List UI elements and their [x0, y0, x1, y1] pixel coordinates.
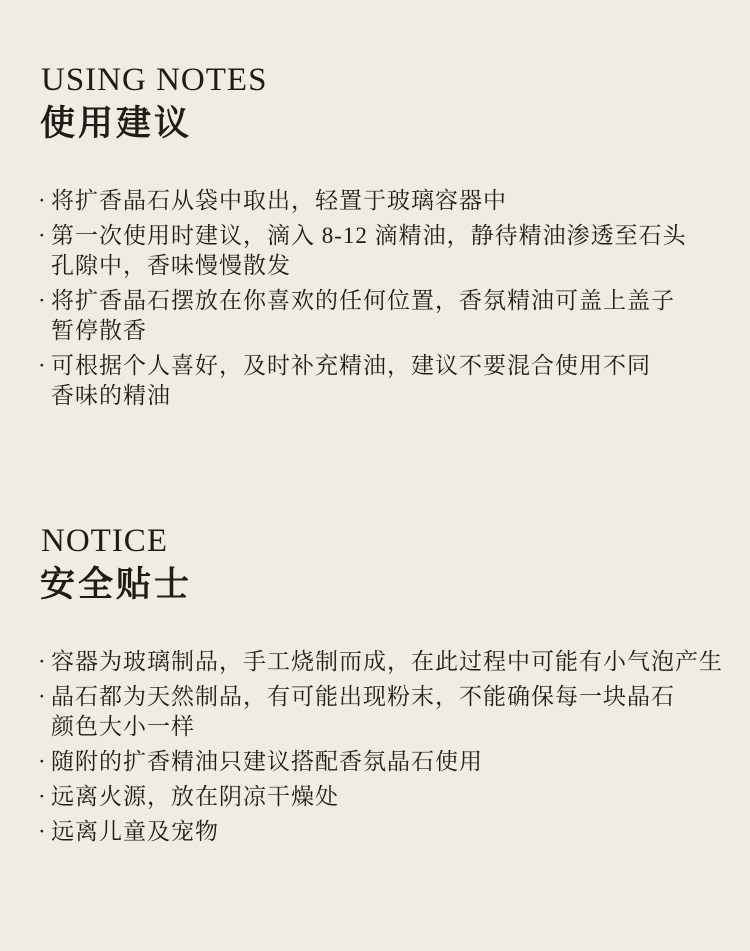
item-line: 容器为玻璃制品，手工烧制而成，在此过程中可能有小气泡产生	[51, 647, 732, 677]
list-item: · 将扩香晶石摆放在你喜欢的任何位置，香氛精油可盖上盖子 暂停散香	[38, 286, 732, 346]
list-item: · 远离儿童及宠物	[38, 817, 732, 847]
item-line: 可根据个人喜好，及时补充精油，建议不要混合使用不同	[51, 351, 732, 381]
item-line: 远离火源，放在阴凉干燥处	[51, 782, 732, 812]
bullet-dot: ·	[38, 782, 51, 812]
bullet-dot: ·	[38, 647, 51, 677]
using-notes-title-en: USING NOTES	[38, 62, 732, 98]
list-item: · 容器为玻璃制品，手工烧制而成，在此过程中可能有小气泡产生	[38, 647, 732, 677]
list-item: · 第一次使用时建议，滴入 8-12 滴精油，静待精油渗透至石头 孔隙中，香味慢…	[38, 221, 732, 281]
bullet-dot: ·	[38, 186, 51, 216]
bullet-dot: ·	[38, 682, 51, 742]
item-line: 暂停散香	[51, 316, 732, 346]
notice-title-zh: 安全贴士	[38, 563, 732, 607]
bullet-dot: ·	[38, 747, 51, 777]
product-notes-page: USING NOTES 使用建议 · 将扩香晶石从袋中取出，轻置于玻璃容器中 ·…	[0, 0, 750, 951]
using-notes-section: USING NOTES 使用建议 · 将扩香晶石从袋中取出，轻置于玻璃容器中 ·…	[0, 0, 750, 411]
list-item: · 可根据个人喜好，及时补充精油，建议不要混合使用不同 香味的精油	[38, 351, 732, 411]
using-notes-list: · 将扩香晶石从袋中取出，轻置于玻璃容器中 · 第一次使用时建议，滴入 8-12…	[38, 186, 732, 411]
notice-title-en: NOTICE	[38, 523, 732, 559]
bullet-dot: ·	[38, 286, 51, 346]
item-line: 香味的精油	[51, 381, 732, 411]
bullet-dot: ·	[38, 817, 51, 847]
item-line: 将扩香晶石从袋中取出，轻置于玻璃容器中	[51, 186, 732, 216]
item-line: 颜色大小一样	[51, 712, 732, 742]
item-line: 第一次使用时建议，滴入 8-12 滴精油，静待精油渗透至石头	[51, 221, 732, 251]
bullet-dot: ·	[38, 351, 51, 411]
item-line: 孔隙中，香味慢慢散发	[51, 251, 732, 281]
notice-list: · 容器为玻璃制品，手工烧制而成，在此过程中可能有小气泡产生 · 晶石都为天然制…	[38, 647, 732, 847]
bullet-dot: ·	[38, 221, 51, 281]
item-line: 远离儿童及宠物	[51, 817, 732, 847]
item-line: 随附的扩香精油只建议搭配香氛晶石使用	[51, 747, 732, 777]
list-item: · 随附的扩香精油只建议搭配香氛晶石使用	[38, 747, 732, 777]
notice-section: NOTICE 安全贴士 · 容器为玻璃制品，手工烧制而成，在此过程中可能有小气泡…	[0, 523, 750, 847]
item-line: 将扩香晶石摆放在你喜欢的任何位置，香氛精油可盖上盖子	[51, 286, 732, 316]
list-item: · 将扩香晶石从袋中取出，轻置于玻璃容器中	[38, 186, 732, 216]
list-item: · 晶石都为天然制品，有可能出现粉末，不能确保每一块晶石 颜色大小一样	[38, 682, 732, 742]
list-item: · 远离火源，放在阴凉干燥处	[38, 782, 732, 812]
item-line: 晶石都为天然制品，有可能出现粉末，不能确保每一块晶石	[51, 682, 732, 712]
using-notes-title-zh: 使用建议	[38, 102, 732, 146]
